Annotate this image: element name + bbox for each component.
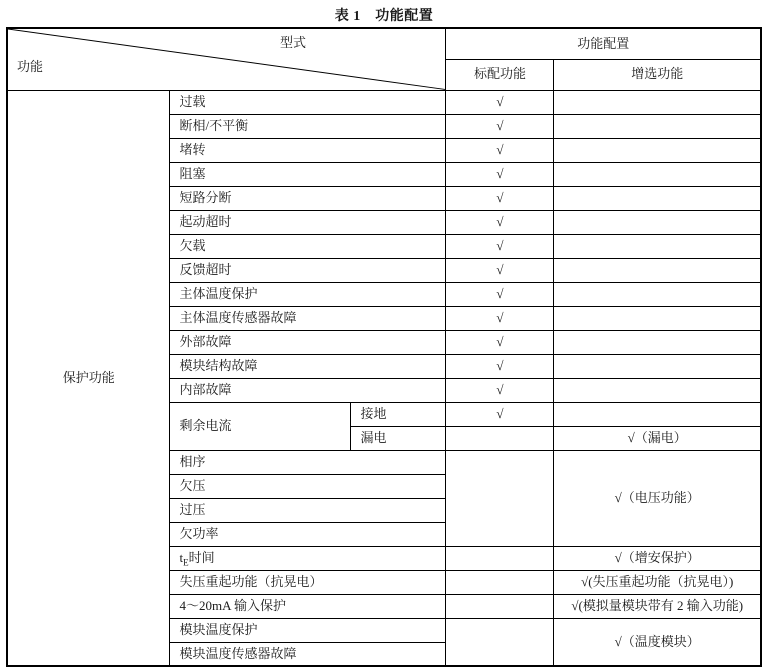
function-name-cell: 内部故障 [170,378,446,402]
mark-cell [554,306,761,330]
function-name-cell: 主体温度传感器故障 [170,306,446,330]
mark-cell [554,282,761,306]
function-name-cell: 失压重起功能（抗晃电） [170,570,446,594]
mark-cell [446,618,554,666]
function-name-cell: 模块温度保护 [170,618,446,642]
table-title: 表 1 功能配置 [0,0,768,27]
mark-cell [554,258,761,282]
mark-cell: √ [446,354,554,378]
function-name-cell: 欠载 [170,234,446,258]
mark-cell: √(失压重起功能（抗晃电）) [554,570,761,594]
header-optional-col: 增选功能 [554,59,761,90]
function-name-cell: 4～20mA 输入保护 [170,594,446,618]
mark-cell [446,546,554,570]
mark-cell [554,234,761,258]
mark-cell: √ [446,402,554,426]
function-name-cell: 阻塞 [170,162,446,186]
function-name-cell: 接地 [351,402,446,426]
mark-cell [554,354,761,378]
mark-cell: √（漏电） [554,426,761,450]
mark-cell: √ [446,282,554,306]
mark-cell [554,138,761,162]
function-name-cell: 短路分断 [170,186,446,210]
mark-cell: √ [446,138,554,162]
mark-cell [554,402,761,426]
mark-cell: √ [446,258,554,282]
header-type-label: 型式 [280,36,306,50]
mark-cell [554,90,761,114]
header-config-group: 功能配置 [446,28,761,59]
diagonal-header-cell: 型式 功能 [7,28,446,90]
mark-cell [446,426,554,450]
function-name-cell: tE时间 [170,546,446,570]
mark-cell [554,114,761,138]
mark-cell: √ [446,114,554,138]
mark-cell [554,162,761,186]
header-standard-col: 标配功能 [446,59,554,90]
function-name-cell: 漏电 [351,426,446,450]
mark-cell [554,330,761,354]
mark-cell: √(模拟量模块带有 2 输入功能) [554,594,761,618]
table-body: 保护功能过载√断相/不平衡√堵转√阻塞√短路分断√起动超时√欠载√反馈超时√主体… [7,90,761,666]
diagonal-line [8,29,446,90]
mark-cell: √ [446,234,554,258]
mark-cell: √（增安保护） [554,546,761,570]
mark-cell [446,450,554,546]
mark-cell: √ [446,330,554,354]
mark-cell: √ [446,186,554,210]
function-name-cell: 欠功率 [170,522,446,546]
function-name-cell: 断相/不平衡 [170,114,446,138]
header-function-label: 功能 [17,60,43,74]
function-name-cell: 欠压 [170,474,446,498]
function-name-cell: 起动超时 [170,210,446,234]
mark-cell: √（电压功能） [554,450,761,546]
mark-cell [446,594,554,618]
function-name-cell: 反馈超时 [170,258,446,282]
mark-cell [446,570,554,594]
function-name-cell: 堵转 [170,138,446,162]
function-name-cell: 主体温度保护 [170,282,446,306]
function-name-cell: 模块温度传感器故障 [170,642,446,666]
mark-cell [554,186,761,210]
function-config-table: 型式 功能 功能配置 标配功能 增选功能 保护功能过载√断相/不平衡√堵转√阻塞… [6,27,762,667]
table-row: 保护功能过载√ [7,90,761,114]
mark-cell: √ [446,210,554,234]
header-row-1: 型式 功能 功能配置 [7,28,761,59]
function-name-cell: 过压 [170,498,446,522]
category-cell: 保护功能 [7,90,170,666]
mark-cell: √ [446,162,554,186]
mark-cell: √（温度模块） [554,618,761,666]
function-name-cell: 相序 [170,450,446,474]
function-name-cell: 外部故障 [170,330,446,354]
mark-cell: √ [446,306,554,330]
mark-cell: √ [446,90,554,114]
function-name-cell: 剩余电流 [170,402,351,450]
mark-cell [554,210,761,234]
mark-cell: √ [446,378,554,402]
function-name-cell: 模块结构故障 [170,354,446,378]
mark-cell [554,378,761,402]
function-name-cell: 过载 [170,90,446,114]
